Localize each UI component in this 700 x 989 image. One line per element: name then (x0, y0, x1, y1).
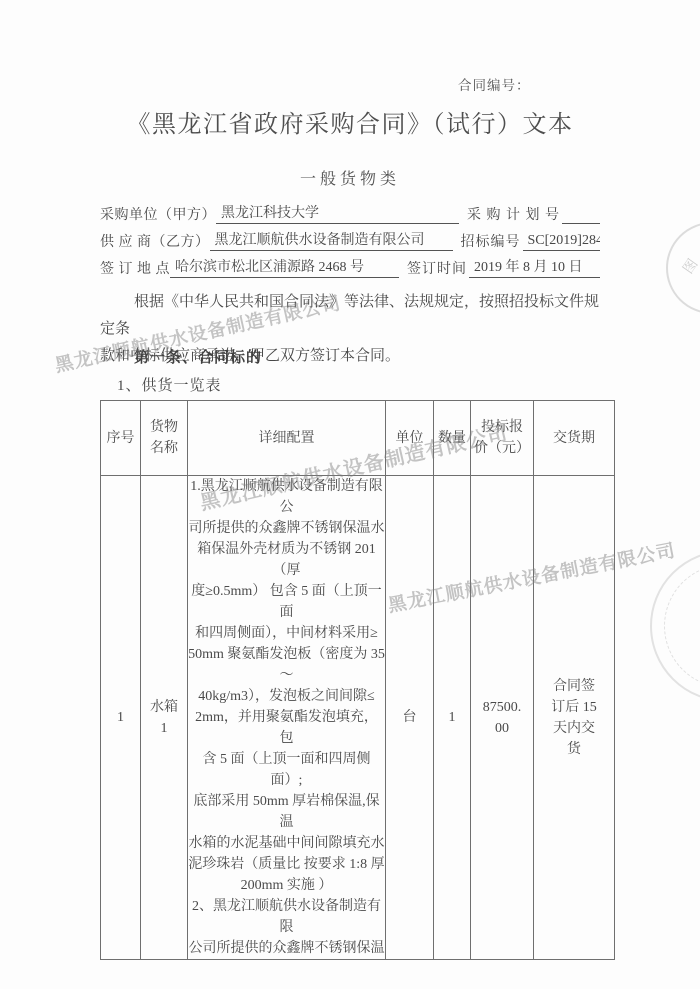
contract-header-form: 采购单位（甲方） 黑龙江科技大学 采 购 计 划 号 供 应 商（乙方） 黑龙江… (100, 197, 600, 278)
cell-qty: 1 (434, 476, 471, 960)
bid-number-label: 招标编号 (461, 231, 521, 251)
intro-line-1: 根据《中华人民共和国合同法》等法律、法规规定，按照招投标文件规定条 (100, 289, 608, 343)
purchaser-label: 采购单位（甲方） (100, 204, 216, 224)
col-header-price: 投标报 价（元） (471, 401, 534, 476)
supply-table-header-row: 序号 货物 名称 详细配置 单位 数量 投标报 价（元） 交货期 (101, 401, 615, 476)
company-seal-stamp (650, 550, 700, 702)
cell-bid-price: 87500. 00 (471, 476, 534, 960)
sign-time-value: 2019 年 8 月 10 日 (469, 256, 600, 278)
cell-unit: 台 (386, 476, 434, 960)
col-header-name: 货物 名称 (141, 401, 188, 476)
supplier-value: 黑龙江顺航供水设备制造有限公司 (210, 229, 453, 251)
col-header-unit: 单位 (386, 401, 434, 476)
contract-document-page: 合同编号： 《黑龙江省政府采购合同》（试行）文本 一般货物类 采购单位（甲方） … (0, 0, 700, 989)
seal-glyph: 图 (678, 255, 700, 278)
cell-goods-name: 水箱 1 (141, 476, 188, 960)
purchaser-value: 黑龙江科技大学 (216, 202, 459, 224)
section-1-heading: 第一条、合同标的 (134, 346, 262, 367)
contract-number-label: 合同编号： (458, 74, 531, 94)
col-header-qty: 数量 (434, 401, 471, 476)
col-header-seq: 序号 (101, 401, 141, 476)
table-row: 1 水箱 1 1.黑龙江顺航供水设备制造有限公 司所提供的众鑫牌不锈钢保温水 箱… (101, 476, 615, 960)
supplier-row: 供 应 商（乙方） 黑龙江顺航供水设备制造有限公司 招标编号 SC[2019]2… (100, 224, 600, 251)
plan-number-value (562, 222, 600, 224)
sign-place-label: 签 订 地 点 (100, 258, 170, 278)
sign-place-value: 哈尔滨市松北区浦源路 2468 号 (170, 256, 399, 278)
cell-delivery: 合同签 订后 15 天内交 货 (534, 476, 615, 960)
purchaser-row: 采购单位（甲方） 黑龙江科技大学 采 购 计 划 号 (100, 197, 600, 224)
plan-number-label: 采 购 计 划 号 (467, 204, 560, 224)
signing-row: 签 订 地 点 哈尔滨市松北区浦源路 2468 号 签订时间 2019 年 8 … (100, 251, 600, 278)
seal-inner-ring (664, 564, 700, 688)
cell-seq: 1 (101, 476, 141, 960)
col-header-delivery: 交货期 (534, 401, 615, 476)
cell-config: 1.黑龙江顺航供水设备制造有限公 司所提供的众鑫牌不锈钢保温水 箱保温外壳材质为… (188, 476, 386, 960)
supply-table: 序号 货物 名称 详细配置 单位 数量 投标报 价（元） 交货期 1 水箱 1 … (100, 400, 615, 960)
supply-list-heading: 1、供货一览表 (117, 374, 222, 395)
company-seal-stamp: 图 (666, 222, 700, 314)
col-header-config: 详细配置 (188, 401, 386, 476)
document-subtitle: 一般货物类 (0, 166, 700, 189)
sign-time-label: 签订时间 (407, 258, 467, 278)
bid-number-value: SC[2019]2842 (523, 233, 601, 251)
supplier-label: 供 应 商（乙方） (100, 231, 210, 251)
document-title: 《黑龙江省政府采购合同》（试行）文本 (0, 104, 700, 139)
